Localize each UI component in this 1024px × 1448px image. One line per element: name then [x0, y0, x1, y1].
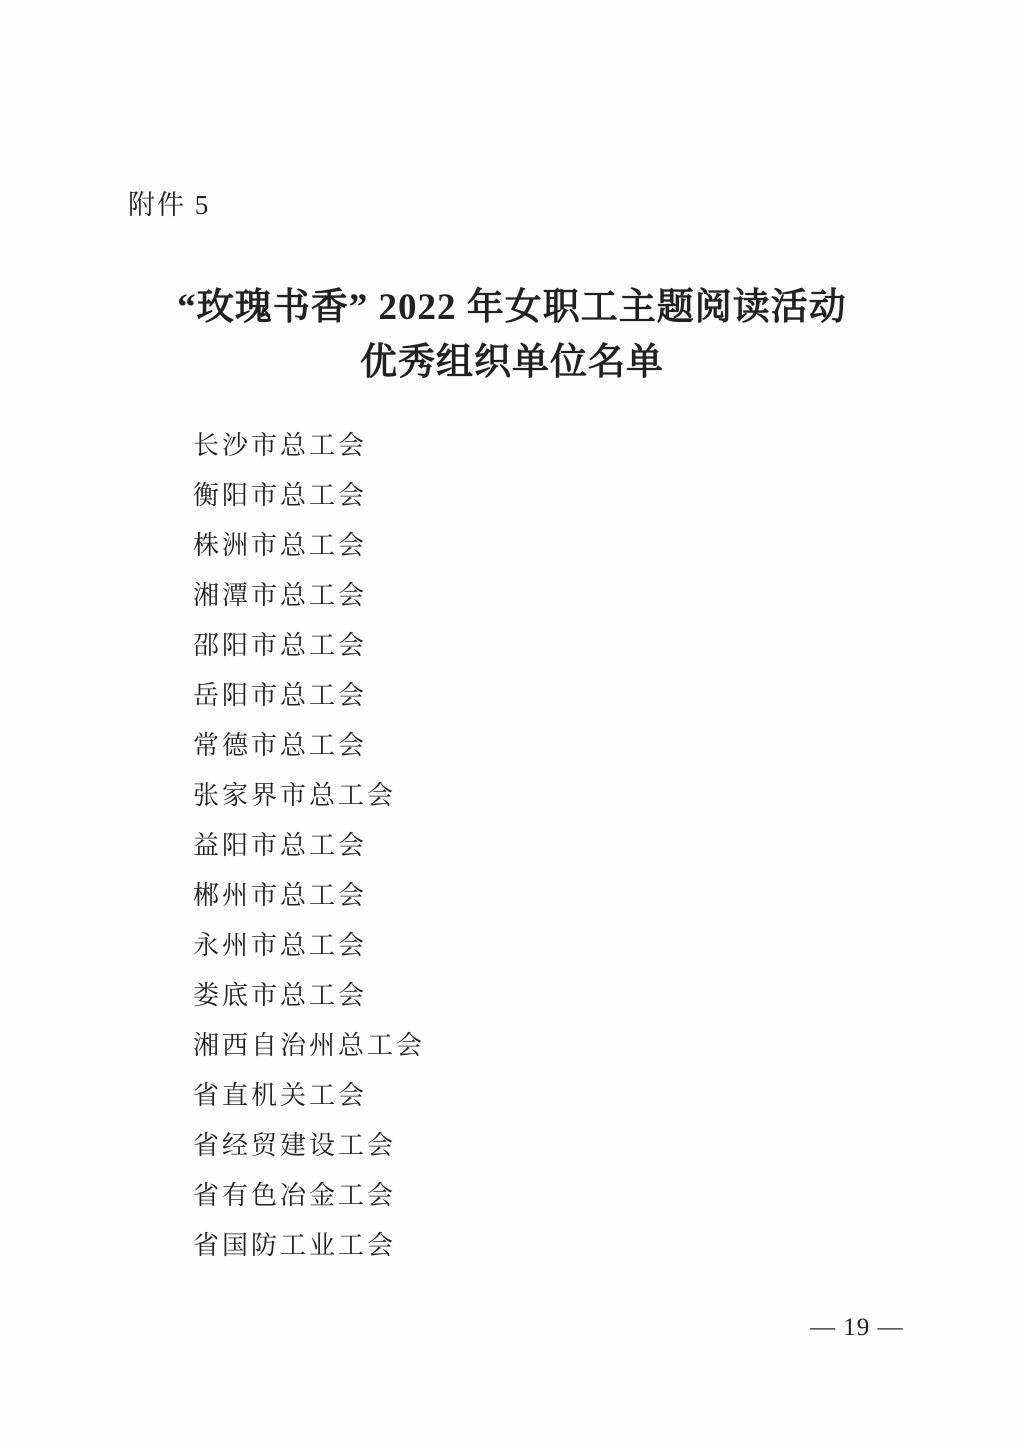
list-item: 岳阳市总工会 [193, 671, 425, 721]
list-item: 省直机关工会 [193, 1071, 425, 1121]
title-line-1: “玫瑰书香” 2022 年女职工主题阅读活动 [0, 280, 1024, 335]
list-item: 常德市总工会 [193, 721, 425, 771]
list-item: 湘西自治州总工会 [193, 1021, 425, 1071]
document-page: 附件 5 “玫瑰书香” 2022 年女职工主题阅读活动 优秀组织单位名单 长沙市… [0, 0, 1024, 1448]
list-item: 衡阳市总工会 [193, 471, 425, 521]
list-item: 益阳市总工会 [193, 821, 425, 871]
list-item: 省经贸建设工会 [193, 1121, 425, 1171]
list-item: 株洲市总工会 [193, 521, 425, 571]
list-item: 永州市总工会 [193, 921, 425, 971]
page-number: — 19 — [810, 1314, 904, 1342]
unit-list: 长沙市总工会 衡阳市总工会 株洲市总工会 湘潭市总工会 邵阳市总工会 岳阳市总工… [193, 421, 425, 1271]
list-item: 湘潭市总工会 [193, 571, 425, 621]
title-line-2: 优秀组织单位名单 [0, 335, 1024, 390]
list-item: 娄底市总工会 [193, 971, 425, 1021]
list-item: 郴州市总工会 [193, 871, 425, 921]
list-item: 长沙市总工会 [193, 421, 425, 471]
list-item: 邵阳市总工会 [193, 621, 425, 671]
list-item: 张家界市总工会 [193, 771, 425, 821]
list-item: 省国防工业工会 [193, 1221, 425, 1271]
list-item: 省有色冶金工会 [193, 1171, 425, 1221]
document-title: “玫瑰书香” 2022 年女职工主题阅读活动 优秀组织单位名单 [0, 280, 1024, 390]
attachment-label: 附件 5 [128, 183, 210, 222]
